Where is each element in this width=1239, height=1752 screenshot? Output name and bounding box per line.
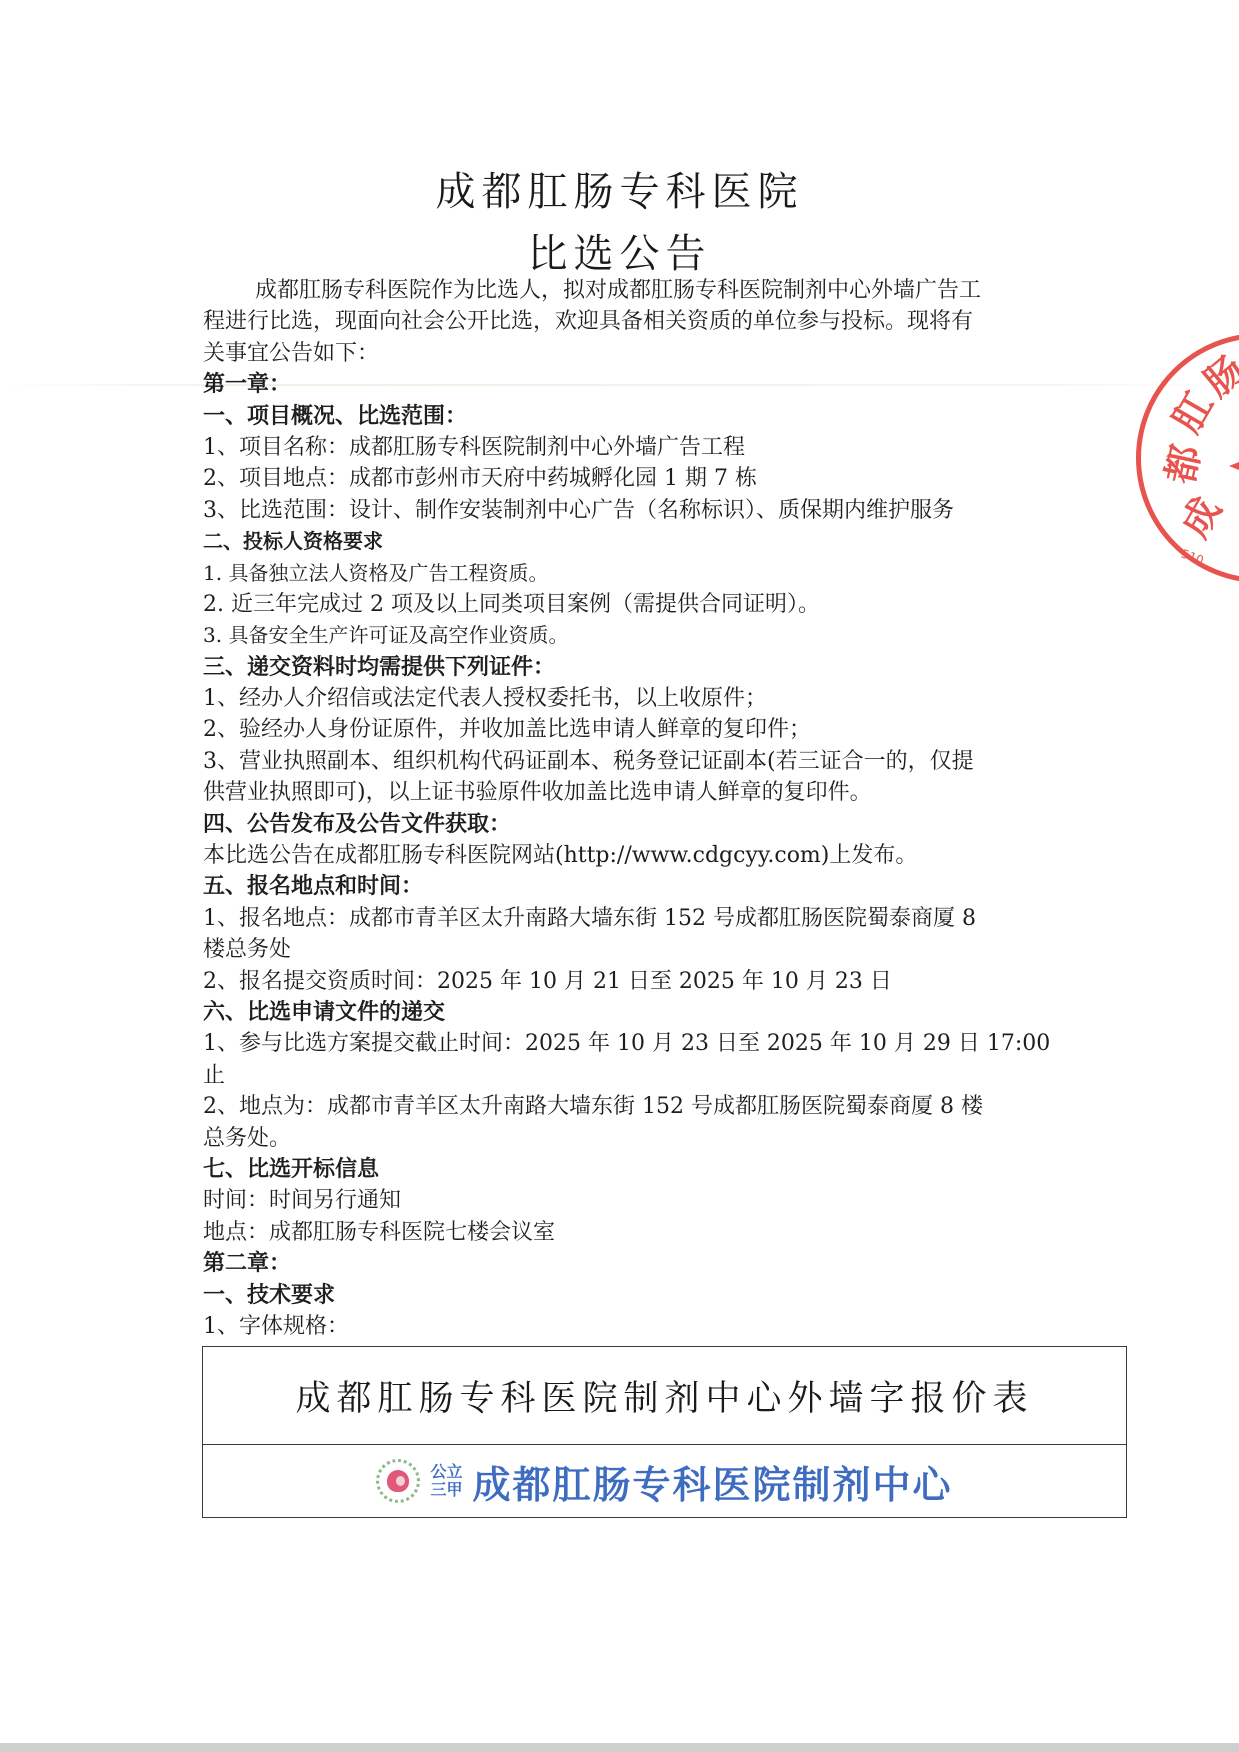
chapter-1-label: 第一章：	[203, 369, 1048, 400]
document-page: 成都肛肠专科医院 比选公告 成都肛肠专科医院作为比选人，拟对成都肛肠专科医院制剂…	[0, 0, 1239, 1752]
list-item: 供营业执照即可)，以上证书验原件收加盖比选申请人鲜章的复印件。	[203, 777, 1048, 808]
list-item: 1、项目名称：成都肛肠专科医院制剂中心外墙广告工程	[203, 432, 1048, 463]
stamp-star-icon	[1229, 450, 1239, 482]
intro-line: 程进行比选，现面向社会公开比选，欢迎具备相关资质的单位参与投标。现将有	[203, 306, 1048, 337]
spec-table-caption: 成都肛肠专科医院制剂中心外墙字报价表	[295, 1371, 1033, 1421]
spec-table-caption-row: 成都肛肠专科医院制剂中心外墙字报价表	[203, 1347, 1126, 1445]
list-item: 总务处。	[203, 1123, 1048, 1154]
list-item: 2、验经办人身份证原件，并收加盖比选申请人鲜章的复印件；	[203, 714, 1048, 745]
section-heading: 二、投标人资格要求	[203, 526, 1048, 557]
intro-line: 关事宜公告如下：	[203, 338, 1048, 369]
list-item: 1、参与比选方案提交截止时间：2025 年 10 月 23 日至 2025 年 …	[203, 1028, 1048, 1059]
list-item: 本比选公告在成都肛肠专科医院网站(http://www.cdgcyy.com)上…	[203, 840, 1048, 871]
list-item: 2、报名提交资质时间：2025 年 10 月 21 日至 2025 年 10 月…	[203, 966, 1048, 997]
document-subtitle: 比选公告	[0, 222, 1239, 279]
official-seal-stamp: 成 都 肛 肠 510	[1136, 333, 1239, 583]
stamp-char: 都	[1149, 439, 1211, 488]
intro-line: 成都肛肠专科医院作为比选人，拟对成都肛肠专科医院制剂中心外墙广告工	[203, 275, 1048, 306]
list-item: 2. 近三年完成过 2 项及以上同类项目案例（需提供合同证明）。	[203, 589, 1048, 620]
list-item: 1. 具备独立法人资格及广告工程资质。	[203, 558, 1048, 589]
list-item: 止	[203, 1060, 1048, 1091]
section-heading: 七、比选开标信息	[203, 1154, 1048, 1185]
list-item: 3、营业执照副本、组织机构代码证副本、税务登记证副本(若三证合一的，仅提	[203, 746, 1048, 777]
spec-table-logo-row: 公立 三甲 成都肛肠专科医院制剂中心	[203, 1445, 1126, 1517]
list-item: 2、项目地点：成都市彭州市天府中药城孵化园 1 期 7 栋	[203, 463, 1048, 494]
list-item: 1、经办人介绍信或法定代表人授权委托书，以上收原件；	[203, 683, 1048, 714]
document-title: 成都肛肠专科医院	[0, 160, 1239, 217]
scan-artifact-band	[0, 1743, 1239, 1752]
list-item: 1、报名地点：成都市青羊区太升南路大墙东街 152 号成都肛肠医院蜀泰商厦 8	[203, 903, 1048, 934]
list-item: 楼总务处	[203, 934, 1048, 965]
list-item: 地点：成都肛肠专科医院七楼会议室	[203, 1217, 1048, 1248]
section-heading: 四、公告发布及公告文件获取：	[203, 809, 1048, 840]
hospital-emblem-icon	[376, 1459, 420, 1503]
list-item: 时间：时间另行通知	[203, 1185, 1048, 1216]
list-item: 1、字体规格：	[203, 1311, 1048, 1342]
section-heading: 一、项目概况、比选范围：	[203, 401, 1048, 432]
stamp-char: 成	[1165, 485, 1232, 545]
logo-badge-bottom: 三甲	[430, 1481, 462, 1499]
list-item: 2、地点为：成都市青羊区太升南路大墙东街 152 号成都肛肠医院蜀泰商厦 8 楼	[203, 1091, 1048, 1122]
section-heading: 六、比选申请文件的递交	[203, 997, 1048, 1028]
section-heading: 一、技术要求	[203, 1280, 1048, 1311]
list-item: 3、比选范围：设计、制作安装制剂中心广告（名称标识）、质保期内维护服务	[203, 495, 1048, 526]
logo-text: 成都肛肠专科医院制剂中心	[473, 1454, 953, 1509]
section-heading: 五、报名地点和时间：	[203, 871, 1048, 902]
list-item: 3. 具备安全生产许可证及高空作业资质。	[203, 620, 1048, 651]
logo-badge-top: 公立	[430, 1463, 462, 1481]
stamp-code: 510	[1179, 547, 1205, 568]
chapter-2-label: 第二章：	[203, 1248, 1048, 1279]
document-body: 成都肛肠专科医院作为比选人，拟对成都肛肠专科医院制剂中心外墙广告工 程进行比选，…	[203, 275, 1048, 1342]
logo-badge: 公立 三甲	[430, 1463, 462, 1499]
section-heading: 三、递交资料时均需提供下列证件：	[203, 652, 1048, 683]
font-spec-table: 成都肛肠专科医院制剂中心外墙字报价表 公立 三甲 成都肛肠专科医院制剂中心	[202, 1346, 1127, 1518]
